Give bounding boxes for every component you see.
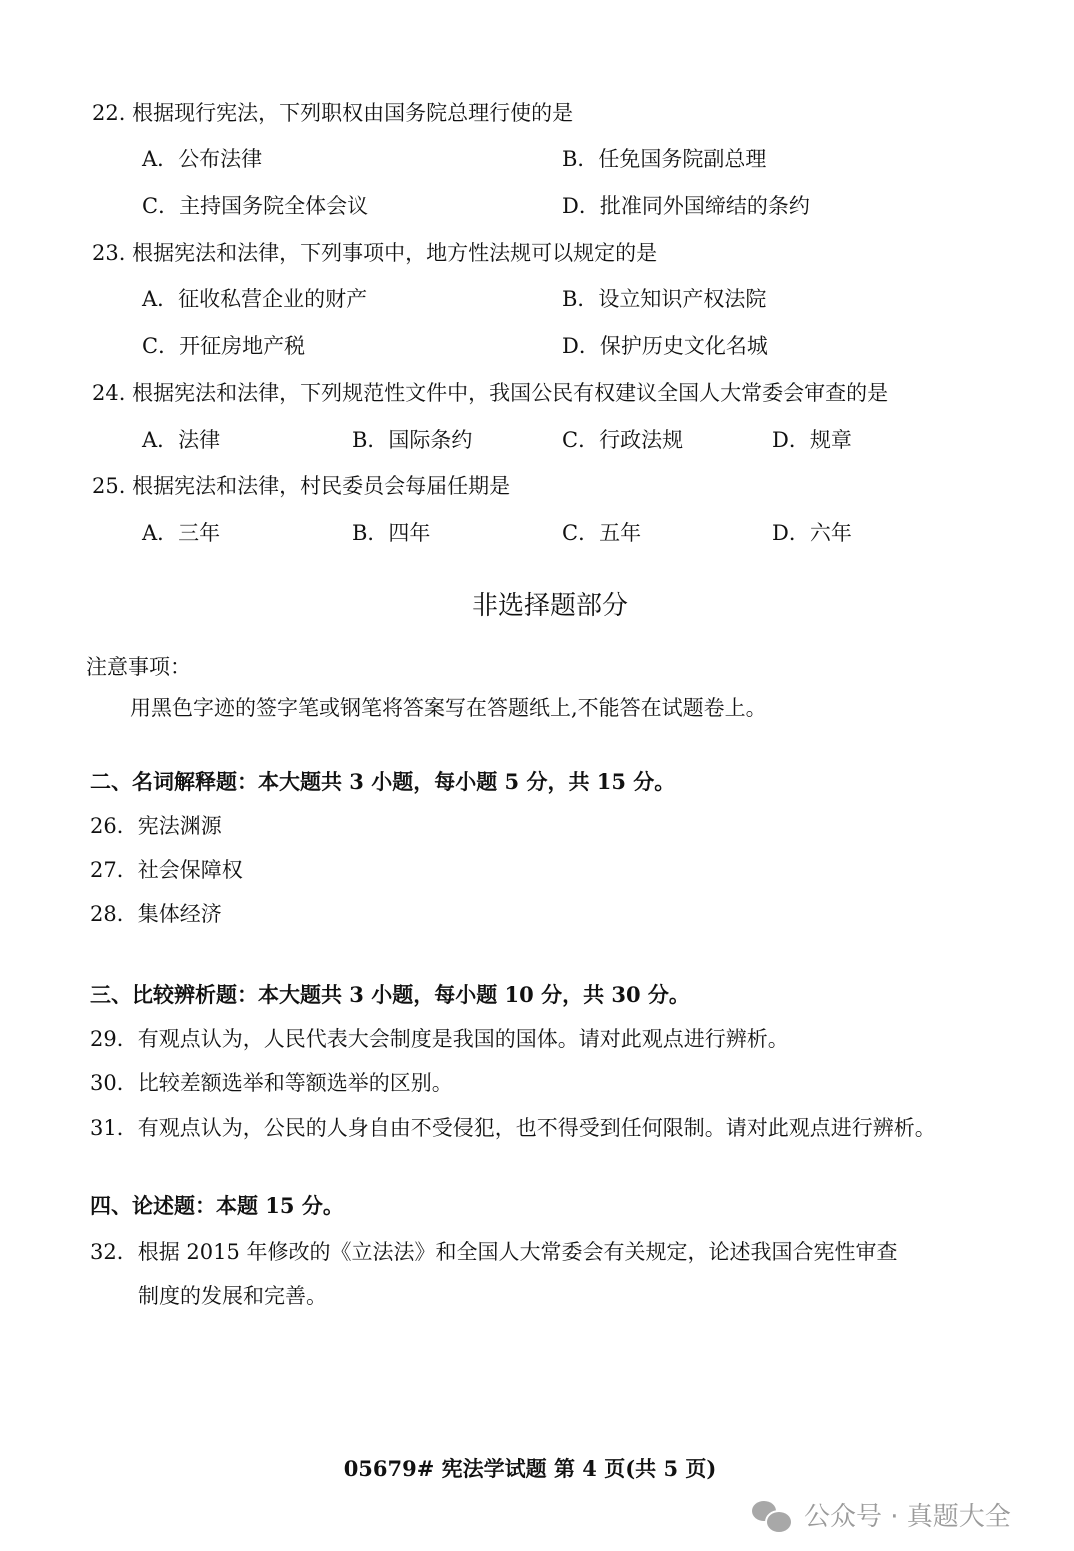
question-item: 32．根据 2015 年修改的《立法法》和全国人大常委会有关规定，论述我国合宪性… [90,1238,898,1266]
option: C．主持国务院全体会议 [142,192,368,220]
wechat-icon [752,1499,792,1531]
option: D．规章 [772,426,852,454]
watermark-text: 公众号 · 真题大全 [804,1496,1011,1533]
option: B．设立知识产权法院 [562,285,766,313]
option: A．征收私营企业的财产 [142,285,367,313]
question-item: 26．宪法渊源 [90,812,222,840]
option: B．国际条约 [352,426,472,454]
option: A．三年 [142,519,220,547]
watermark: 公众号 · 真题大全 [752,1496,1011,1533]
option: C．行政法规 [562,426,683,454]
question-item-continuation: 制度的发展和完善。 [138,1282,327,1310]
section-title: 非选择题部分 [0,589,1074,623]
question-25: 25. 根据宪法和法律，村民委员会每届任期是 [92,472,510,500]
option: C．五年 [562,519,641,547]
option: A．法律 [142,426,220,454]
question-item: 30．比较差额选举和等额选举的区别。 [90,1069,453,1097]
option: D．保护历史文化名城 [562,332,768,360]
option: A．公布法律 [142,145,262,173]
section-heading: 二、名词解释题：本大题共 3 小题，每小题 5 分，共 15 分。 [90,768,675,796]
section-heading: 三、比较辨析题：本大题共 3 小题，每小题 10 分，共 30 分。 [90,981,690,1009]
question-23: 23. 根据宪法和法律，下列事项中，地方性法规可以规定的是 [92,239,657,267]
question-item: 27．社会保障权 [90,856,243,884]
notice-label: 注意事项： [86,653,191,681]
question-item: 28．集体经济 [90,900,222,928]
question-24: 24. 根据宪法和法律，下列规范性文件中，我国公民有权建议全国人大常委会审查的是 [92,379,888,407]
question-item: 29．有观点认为，人民代表大会制度是我国的国体。请对此观点进行辨析。 [90,1025,789,1053]
option: D．批准同外国缔结的条约 [562,192,810,220]
option: D．六年 [772,519,852,547]
notice-text: 用黑色字迹的签字笔或钢笔将答案写在答题纸上,不能答在试题卷上。 [130,694,767,722]
question-22: 22. 根据现行宪法，下列职权由国务院总理行使的是 [92,99,573,127]
option: B．任免国务院副总理 [562,145,766,173]
question-item: 31．有观点认为，公民的人身自由不受侵犯，也不得受到任何限制。请对此观点进行辨析… [90,1114,936,1142]
option: B．四年 [352,519,430,547]
section-heading: 四、论述题：本题 15 分。 [90,1192,344,1220]
option: C．开征房地产税 [142,332,305,360]
page-footer: 05679# 宪法学试题 第 4 页(共 5 页) [0,1455,1060,1483]
